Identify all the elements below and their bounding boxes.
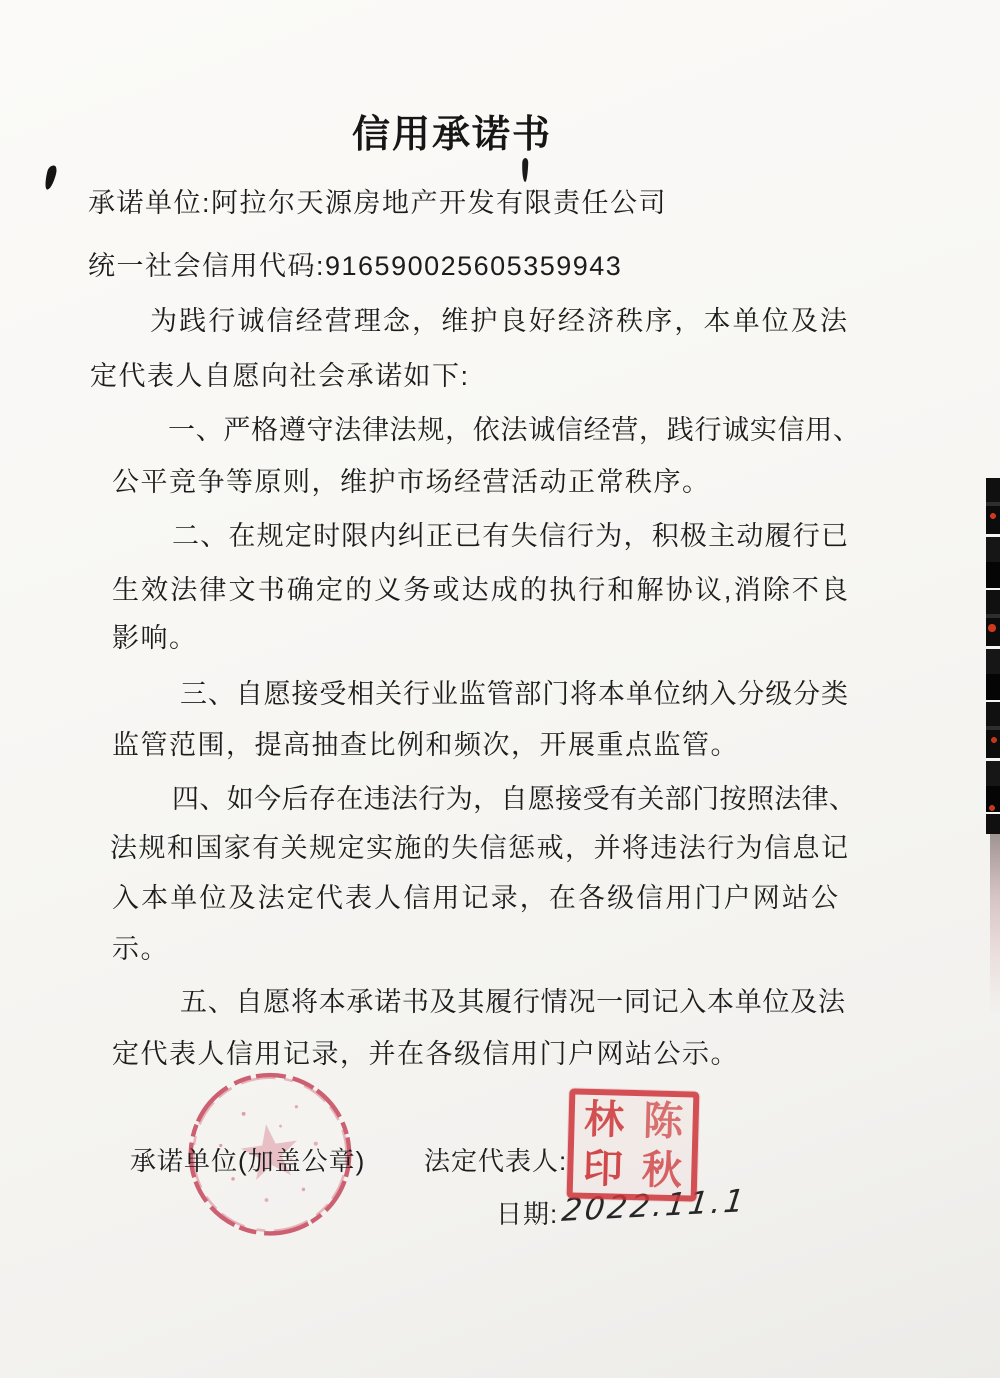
line-item4-4: 示。 (112, 932, 169, 966)
line-credit-code: 统一社会信用代码:916590025605359943 (88, 249, 622, 283)
line-unit-name: 承诺单位:阿拉尔天源房地产开发有限责任公司 (88, 186, 667, 220)
ink-tick-mark (522, 158, 529, 182)
scan-artifact-right-edge-fade (990, 834, 1000, 1014)
line-item1-1: 一、严格遵守法律法规，依法诚信经营，践行诚实信用、 (168, 413, 860, 447)
line-item5-2: 定代表人信用记录，并在各级信用门户网站公示。 (112, 1037, 739, 1071)
scanned-document-page: 信用承诺书 承诺单位:阿拉尔天源房地产开发有限责任公司 统一社会信用代码:916… (0, 0, 1000, 1378)
document-title: 信用承诺书 (0, 103, 904, 158)
personal-name-seal: 林 陈 印 秋 (567, 1088, 700, 1201)
scan-artifact-right-edge (986, 478, 1000, 834)
line-intro-2: 定代表人自愿向社会承诺如下: (90, 359, 470, 393)
line-item3-2: 监管范围，提高抽查比例和频次，开展重点监管。 (112, 728, 739, 762)
line-item4-3: 入本单位及法定代表人信用记录，在各级信用门户网站公 (112, 881, 838, 915)
seal-char-2: 陈 (643, 1101, 684, 1142)
ink-smudge-mark (43, 164, 58, 190)
line-item4-1: 四、如今后存在违法行为，自愿接受有关部门按照法律、 (172, 782, 856, 816)
line-item3-1: 三、自愿接受相关行业监管部门将本单位纳入分级分类 (180, 677, 848, 711)
date-label: 日期: (496, 1194, 558, 1231)
line-intro-1: 为践行诚信经营理念，维护良好经济秩序，本单位及法 (150, 304, 847, 338)
line-item2-1: 二、在规定时限内纠正已有失信行为，积极主动履行已 (172, 519, 848, 553)
line-item1-2: 公平竞争等原则，维护市场经营活动正常秩序。 (112, 465, 711, 499)
seal-char-3: 印 (582, 1148, 623, 1189)
line-item4-2: 法规和国家有关规定实施的失信惩戒，并将违法行为信息记 (110, 831, 848, 865)
seal-char-4: 秋 (641, 1150, 682, 1191)
legal-representative-label: 法定代表人: (424, 1141, 567, 1178)
line-item5-1: 五、自愿将本承诺书及其履行情况一同记入本单位及法 (180, 985, 845, 1019)
line-item2-2: 生效法律文书确定的义务或达成的执行和解协议,消除不良 (112, 573, 848, 607)
line-item2-3: 影响。 (112, 621, 198, 655)
unit-seal-label: 承诺单位(加盖公章) (130, 1141, 365, 1178)
seal-char-1: 林 (584, 1099, 625, 1140)
